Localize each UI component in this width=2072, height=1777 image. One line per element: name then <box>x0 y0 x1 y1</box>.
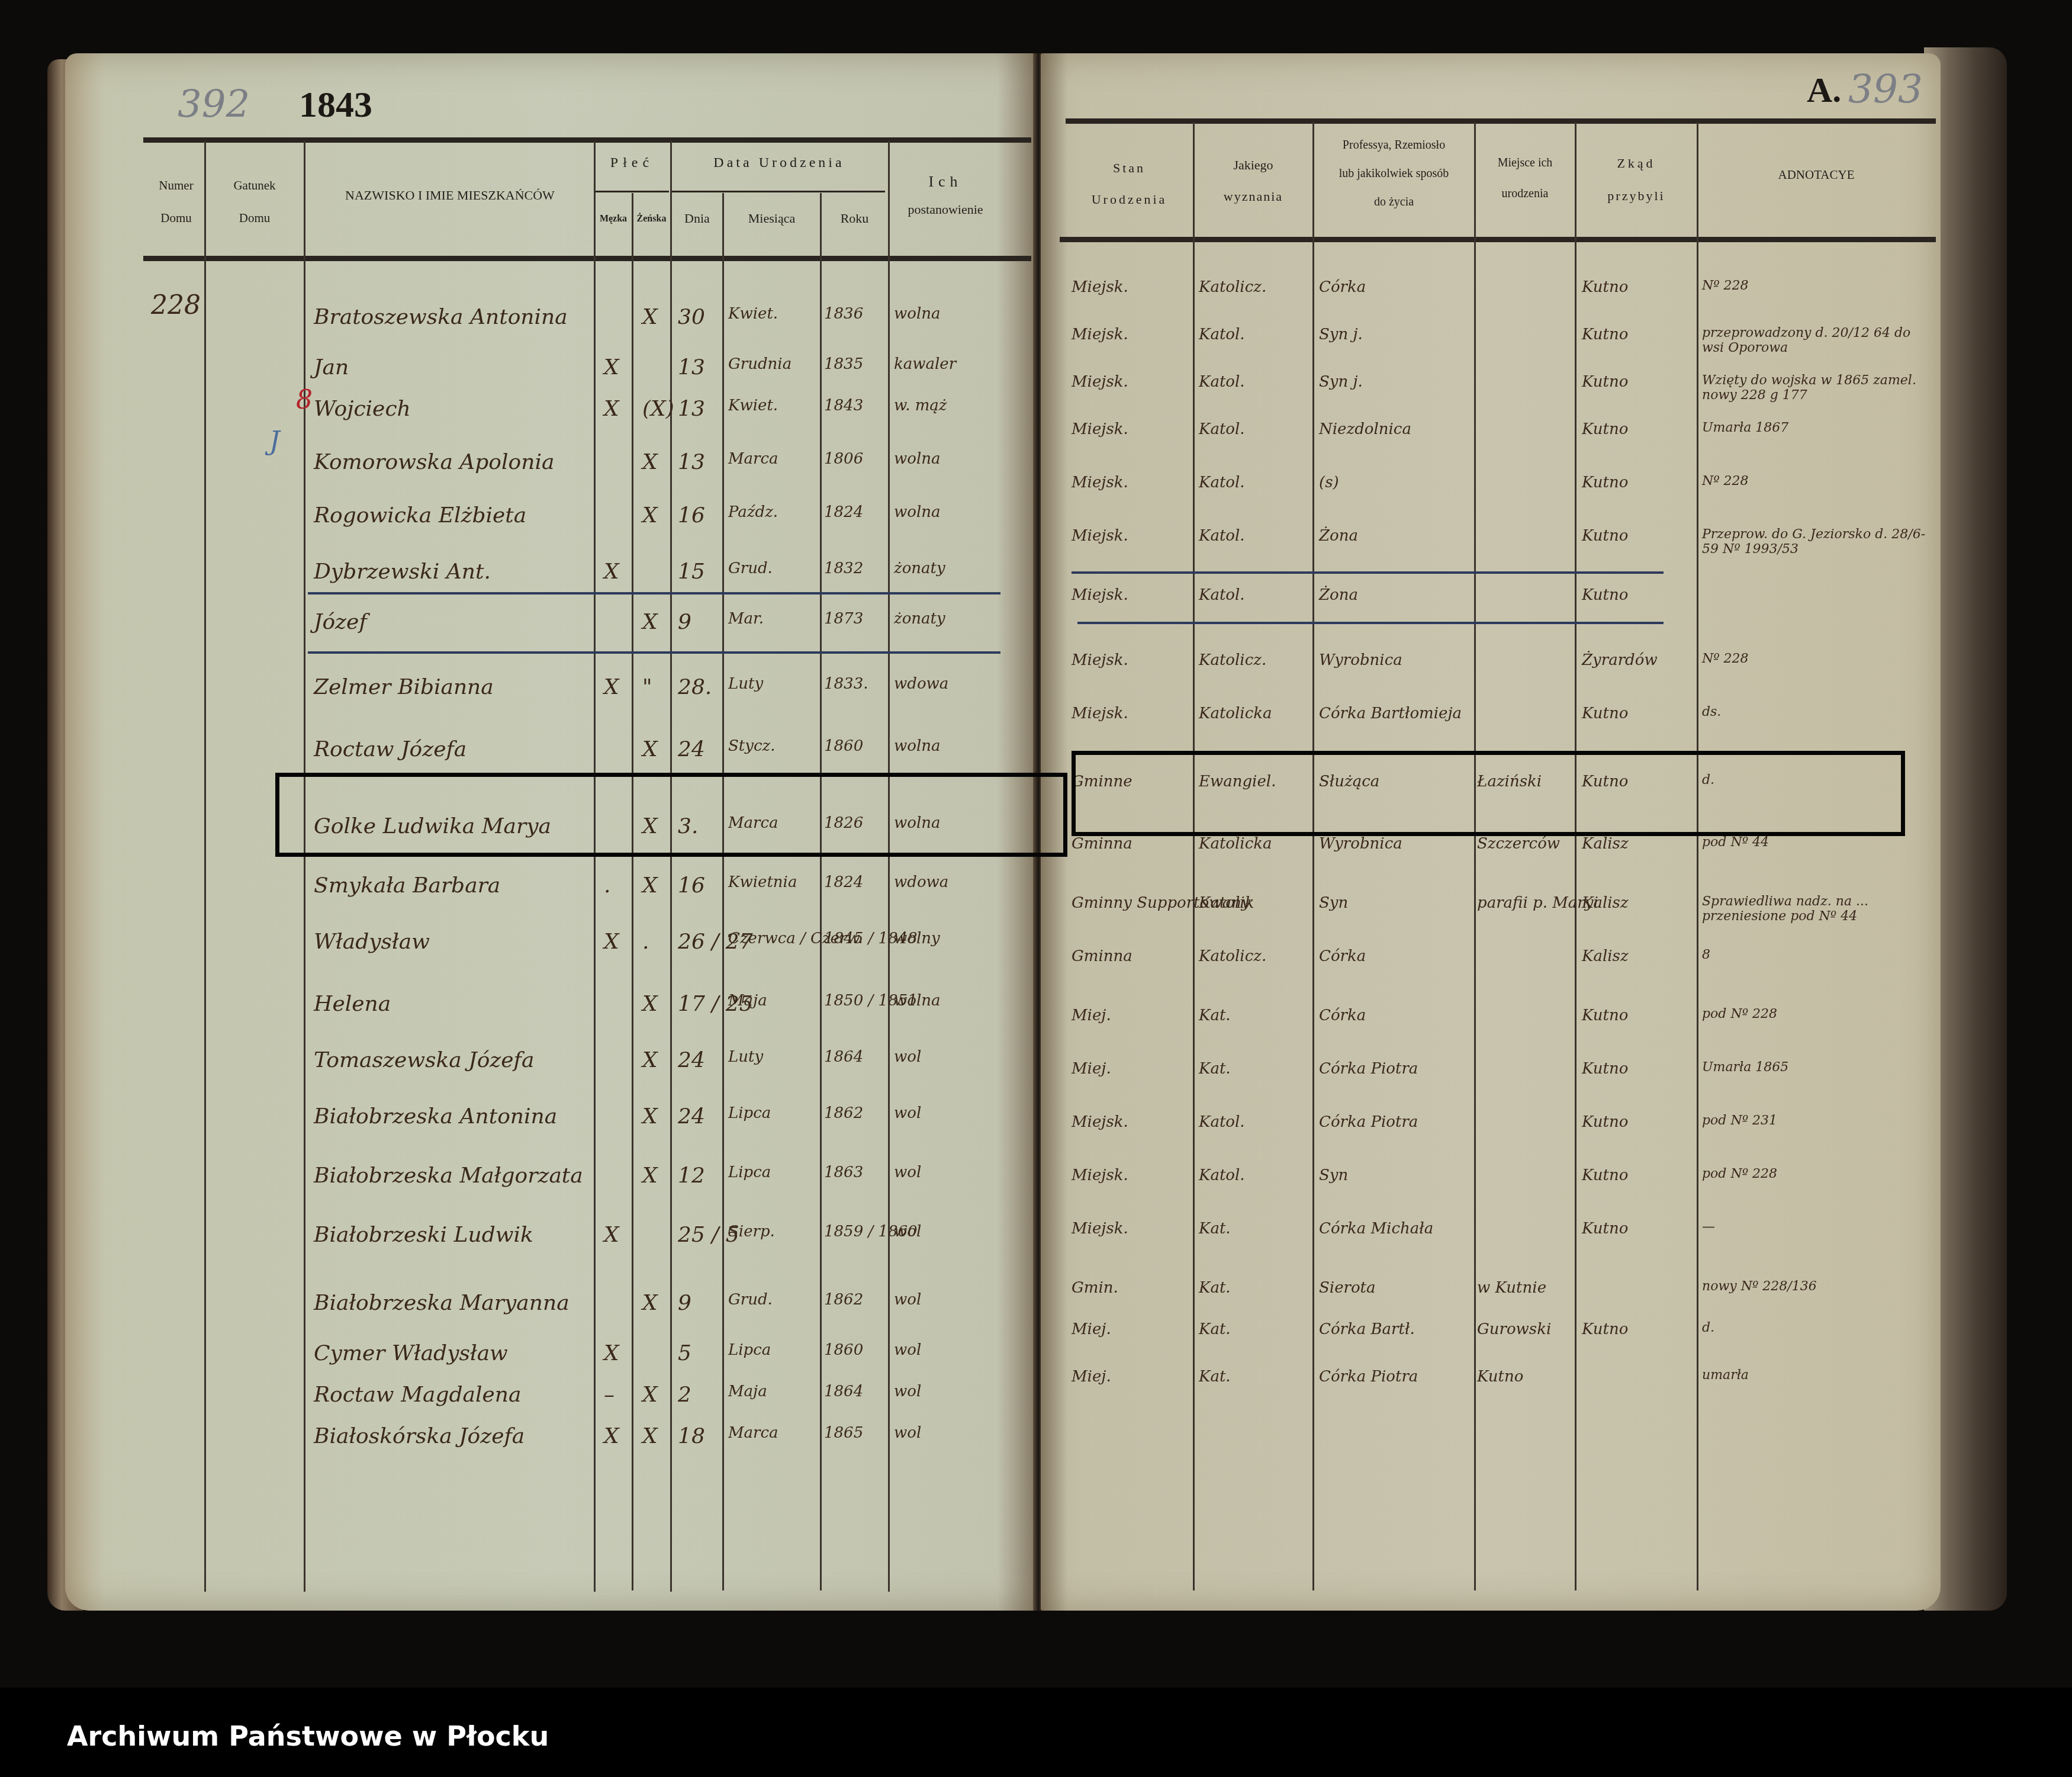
left-row-year: 1860 <box>824 737 863 755</box>
left-row-year: 1832 <box>824 560 863 577</box>
left-row-female: (X) <box>642 397 674 421</box>
header-line: lub jakikolwiek sposób <box>1314 166 1474 181</box>
header-line: Jakiego <box>1194 157 1312 174</box>
right-page-pencil-number: 393 <box>1848 66 1923 112</box>
right-row-adnotacja: Nº 228 <box>1702 474 1933 489</box>
header-plec: Płeć <box>595 154 669 172</box>
right-row-adnotacja: Wzięty do wojska w 1865 zamel. nowy 228 … <box>1702 373 1933 403</box>
page-letter: A. <box>1807 70 1841 111</box>
right-row-zkad: Kutno <box>1582 1007 1628 1024</box>
left-row-month: Mar. <box>728 610 764 628</box>
left-row-status: wol <box>894 1104 921 1122</box>
left-row-month: Kwietnia <box>728 873 797 891</box>
strike-line <box>1072 571 1664 574</box>
right-row-miejsce: w Kutnie <box>1477 1279 1546 1297</box>
left-header-top-rule <box>143 137 1031 143</box>
left-row-female: . <box>642 930 649 954</box>
left-row-male: – <box>604 1383 614 1407</box>
header-line: postanowienie <box>889 201 1002 218</box>
right-row-wyznanie: Kat. <box>1199 1368 1231 1386</box>
left-row-day: 24 <box>678 1104 705 1129</box>
right-row-stan: Gminna <box>1072 835 1132 853</box>
left-row-male: X <box>604 930 619 954</box>
left-row-month: Grudnia <box>728 355 792 373</box>
right-row-miejsce: Gurowski <box>1477 1320 1551 1338</box>
header-line: przybyli <box>1576 188 1697 205</box>
left-row-month: Luty <box>728 675 763 693</box>
left-row-name: Białobrzeska Małgorzata <box>314 1164 583 1188</box>
left-row-female: X <box>642 1164 658 1188</box>
right-row-stan: Miejsk. <box>1072 278 1128 296</box>
left-row-female: X <box>642 1424 658 1448</box>
right-row-adnotacja: umarła <box>1702 1368 1933 1383</box>
left-row-day: 13 <box>678 355 705 380</box>
left-row-status: wdowa <box>894 675 948 693</box>
header-adnotacye: ADNOTACYE <box>1698 167 1935 183</box>
col-divider <box>888 141 890 1592</box>
header-name: NAZWISKO I IMIE MIESZKAŃCÓW <box>305 187 595 204</box>
header-miejsce-urodzenia: Miejsce ich urodzenia <box>1475 155 1575 201</box>
right-row-adnotacja: 8 <box>1702 947 1933 962</box>
left-row-status: w. mąż <box>894 397 947 414</box>
left-row-male: X <box>604 675 619 699</box>
left-row-day: 16 <box>678 503 705 528</box>
left-row-male: X <box>604 355 619 380</box>
left-row-status: wolna <box>894 503 940 521</box>
right-row-adnotacja: pod Nº 228 <box>1702 1167 1933 1181</box>
left-row-status: wol <box>894 1424 921 1442</box>
col-divider <box>670 141 672 1592</box>
header-line: Numer <box>148 178 204 194</box>
left-row-female: X <box>642 610 658 634</box>
left-header-bottom-rule <box>143 256 1031 261</box>
left-row-day: 16 <box>678 873 705 898</box>
left-row-day: 5 <box>678 1341 691 1365</box>
right-row-zkad: Kalisz <box>1582 947 1629 965</box>
col-divider <box>820 193 822 1590</box>
left-row-status: wol <box>894 1383 921 1400</box>
right-row-profesja: Córka <box>1319 278 1366 296</box>
col-divider <box>1697 122 1698 1590</box>
right-row-zkad: Kutno <box>1582 420 1628 438</box>
right-row-wyznanie: Katolik <box>1199 894 1254 912</box>
left-row-female: X <box>642 1104 658 1129</box>
left-row-year: 1843 <box>824 397 863 414</box>
left-row-status: wolna <box>894 450 940 468</box>
archive-caption: Archiwum Państwowe w Płocku <box>67 1720 549 1752</box>
right-row-wyznanie: Katolicz. <box>1199 651 1266 669</box>
left-row-status: wolna <box>894 992 940 1010</box>
right-row-adnotacja: Sprawiedliwa nadz. na ... przeniesione p… <box>1702 894 1933 924</box>
left-row-day: 24 <box>678 1048 705 1072</box>
right-row-profesja: Syn j. <box>1319 373 1363 391</box>
right-row-profesja: Córka Bartł. <box>1319 1320 1415 1338</box>
left-row-day: 28. <box>678 675 712 699</box>
left-row-year: 1864 <box>824 1383 863 1400</box>
left-row-year: 1824 <box>824 503 863 521</box>
left-row-name: Wojciech <box>314 397 411 421</box>
header-zkad-przybyli: Zkąd przybyli <box>1576 155 1697 204</box>
left-row-day: 12 <box>678 1164 705 1188</box>
left-row-status: wol <box>894 1291 921 1309</box>
left-row-day: 30 <box>678 305 705 329</box>
right-row-stan: Miej. <box>1072 1368 1111 1386</box>
left-row-year: 1833. <box>824 675 868 693</box>
right-row-wyznanie: Katol. <box>1199 1167 1245 1184</box>
right-row-adnotacja: Nº 228 <box>1702 651 1933 666</box>
strike-line <box>1077 622 1664 624</box>
left-row-male: X <box>604 397 619 421</box>
header-line: Stan <box>1066 160 1193 177</box>
left-row-day: 9 <box>678 1291 691 1315</box>
right-row-stan: Miejsk. <box>1072 326 1128 343</box>
left-row-day: 24 <box>678 737 705 761</box>
right-row-wyznanie: Katol. <box>1199 373 1245 391</box>
strike-line <box>308 592 1000 595</box>
right-row-zkad: Kutno <box>1582 1220 1628 1238</box>
header-line: Gatunek <box>207 178 302 194</box>
header-postanowienie: Ich postanowienie <box>889 172 1002 218</box>
left-row-month: Luty <box>728 1048 763 1066</box>
right-row-wyznanie: Kat. <box>1199 1007 1231 1024</box>
right-row-wyznanie: Katol. <box>1199 1113 1245 1131</box>
left-row-name: Rogowicka Elżbieta <box>314 503 526 528</box>
left-row-name: Władysław <box>314 930 430 954</box>
header-miesiaca: Miesiąca <box>723 210 820 227</box>
right-row-miejsce: Kutno <box>1477 1368 1523 1386</box>
col-divider <box>1312 122 1314 1590</box>
right-row-profesja: Niezdolnica <box>1319 420 1411 438</box>
right-row-zkad: Żyrardów <box>1582 651 1658 669</box>
col-divider <box>204 141 206 1592</box>
left-row-female: X <box>642 1048 658 1072</box>
right-row-stan: Miejsk. <box>1072 1167 1128 1184</box>
right-row-wyznanie: Katolicka <box>1199 835 1272 853</box>
right-row-wyznanie: Kat. <box>1199 1060 1231 1078</box>
col-divider <box>632 193 633 1590</box>
right-row-adnotacja: d. <box>1702 1320 1933 1335</box>
right-row-adnotacja: — <box>1702 1220 1933 1235</box>
left-row-female: X <box>642 737 658 761</box>
col-divider <box>1474 122 1476 1590</box>
right-row-zkad: Kalisz <box>1582 835 1629 853</box>
left-row-status: żonaty <box>894 610 945 628</box>
left-row-male: X <box>604 1424 619 1448</box>
right-row-zkad: Kutno <box>1582 474 1628 491</box>
left-row-name: Tomaszewska Józefa <box>314 1048 534 1072</box>
left-row-day: 18 <box>678 1424 705 1448</box>
right-row-zkad: Kutno <box>1582 373 1628 391</box>
header-line: Ich <box>889 172 1002 192</box>
right-row-zkad: Kutno <box>1582 527 1628 545</box>
right-row-miejsce: Szczerców <box>1477 835 1560 853</box>
left-row-month: Stycz. <box>728 737 775 755</box>
right-row-stan: Miejsk. <box>1072 527 1128 545</box>
right-row-profesja: Córka Piotra <box>1319 1060 1418 1078</box>
right-row-stan: Gmin. <box>1072 1279 1118 1297</box>
right-row-zkad: Kutno <box>1582 705 1628 722</box>
header-gatunek-domu: Gatunek Domu <box>207 178 302 227</box>
col-divider <box>594 141 596 1592</box>
right-row-profesja: Żona <box>1319 527 1358 545</box>
right-row-wyznanie: Katol. <box>1199 474 1245 491</box>
header-line: do życia <box>1314 194 1474 210</box>
left-row-month: Maja <box>728 1383 767 1400</box>
left-row-status: wol <box>894 1164 921 1181</box>
left-row-status: wol <box>894 1048 921 1066</box>
right-row-profesja: Córka Michała <box>1319 1220 1433 1238</box>
right-header-top-rule <box>1066 118 1936 124</box>
left-row-month: Lipca <box>728 1104 771 1122</box>
left-row-year: 1824 <box>824 873 863 891</box>
col-divider <box>1575 122 1576 1590</box>
header-line: Urodzenia <box>1066 191 1193 208</box>
right-row-adnotacja: pod Nº 44 <box>1702 835 1933 850</box>
right-row-stan: Miejsk. <box>1072 373 1128 391</box>
left-row-female: X <box>642 305 658 329</box>
right-row-stan: Miejsk. <box>1072 420 1128 438</box>
left-row-year: 1864 <box>824 1048 863 1066</box>
left-row-status: wdowa <box>894 873 948 891</box>
left-row-status: wolna <box>894 305 940 323</box>
highlight-box-right-record[interactable] <box>1072 751 1905 836</box>
left-row-female: X <box>642 1383 658 1407</box>
left-row-month: Grud. <box>728 560 773 577</box>
left-row-month: Kwiet. <box>728 305 778 323</box>
left-row-year: 1865 <box>824 1424 863 1442</box>
left-row-month: Grud. <box>728 1291 773 1309</box>
right-row-adnotacja: Przeprow. do G. Jeziorsko d. 28/6-59 Nº … <box>1702 527 1933 557</box>
right-row-zkad: Kutno <box>1582 586 1628 604</box>
header-jakiego-wyznania: Jakiego wyznania <box>1194 157 1312 205</box>
left-row-status: żonaty <box>894 560 945 577</box>
header-profesja: Professya, Rzemiosło lub jakikolwiek spo… <box>1314 137 1474 210</box>
right-row-wyznanie: Katol. <box>1199 527 1245 545</box>
left-row-day: 13 <box>678 397 705 421</box>
left-row-female: X <box>642 873 658 898</box>
register-year: 1843 <box>299 84 372 126</box>
right-row-adnotacja: pod Nº 228 <box>1702 1007 1933 1021</box>
left-row-day: 15 <box>678 560 705 584</box>
left-row-female: X <box>642 992 658 1016</box>
right-row-zkad: Kutno <box>1582 278 1628 296</box>
header-line: Domu <box>207 210 302 226</box>
left-row-name: Jan <box>314 355 349 380</box>
left-row-month: Paźdz. <box>728 503 778 521</box>
plec-subrule <box>595 191 669 192</box>
col-divider <box>1193 122 1195 1590</box>
header-line: Miejsce ich <box>1475 155 1575 171</box>
left-row-name: Roctaw Józefa <box>314 737 466 761</box>
header-line: urodzenia <box>1475 186 1575 201</box>
right-row-wyznanie: Katol. <box>1199 326 1245 343</box>
right-row-profesja: Córka <box>1319 1007 1366 1024</box>
left-row-month: Marca <box>728 1424 778 1442</box>
header-line: Zkąd <box>1576 155 1697 172</box>
left-row-status: wolna <box>894 737 940 755</box>
left-row-name: Józef <box>314 610 367 634</box>
left-row-name: Cymer Władysław <box>314 1341 508 1365</box>
right-row-adnotacja: Nº 228 <box>1702 278 1933 293</box>
right-row-zkad: Kutno <box>1582 1060 1628 1078</box>
right-row-adnotacja: Umarła 1865 <box>1702 1060 1933 1075</box>
right-row-stan: Miejsk. <box>1072 705 1128 722</box>
left-row-female: " <box>642 675 652 699</box>
right-row-zkad: Kutno <box>1582 326 1628 343</box>
right-row-stan: Gminna <box>1072 947 1132 965</box>
right-row-profesja: Córka <box>1319 947 1366 965</box>
left-row-day: 2 <box>678 1383 691 1407</box>
right-row-profesja: Córka Bartłomieja <box>1319 705 1462 722</box>
left-row-month: Sierp. <box>728 1223 775 1241</box>
left-row-male: X <box>604 1223 619 1247</box>
left-row-month: Lipca <box>728 1341 771 1359</box>
right-row-wyznanie: Katol. <box>1199 586 1245 604</box>
left-row-female: X <box>642 450 658 474</box>
right-row-wyznanie: Katolicz. <box>1199 278 1266 296</box>
strike-line <box>308 651 1000 654</box>
right-row-profesja: Żona <box>1319 586 1358 604</box>
right-row-profesja: Córka Piotra <box>1319 1113 1418 1131</box>
right-row-profesja: Wyrobnica <box>1319 651 1402 669</box>
left-row-status: wol <box>894 1223 921 1241</box>
left-row-month: Kwiet. <box>728 397 778 414</box>
left-row-name: Smykała Barbara <box>314 873 500 898</box>
right-row-wyznanie: Kat. <box>1199 1279 1231 1297</box>
right-row-wyznanie: Katolicka <box>1199 705 1272 722</box>
left-row-male: . <box>604 873 610 898</box>
right-row-profesja: Córka Piotra <box>1319 1368 1418 1386</box>
right-row-profesja: Syn <box>1319 1167 1348 1184</box>
left-row-name: Zelmer Bibianna <box>314 675 494 699</box>
left-row-year: 1835 <box>824 355 863 373</box>
right-row-zkad: Kutno <box>1582 1167 1628 1184</box>
left-row-name: Dybrzewski Ant. <box>314 560 491 584</box>
right-header-bottom-rule <box>1060 237 1936 242</box>
left-row-male: X <box>604 560 619 584</box>
left-row-year: 1860 <box>824 1341 863 1359</box>
header-line: wyznania <box>1194 188 1312 205</box>
header-line: Professya, Rzemiosło <box>1314 137 1474 153</box>
right-row-adnotacja: pod Nº 231 <box>1702 1113 1933 1128</box>
left-row-name: Bratoszewska Antonina <box>314 305 568 329</box>
right-row-profesja: Wyrobnica <box>1319 835 1402 853</box>
left-row-year: 1862 <box>824 1291 863 1309</box>
right-row-wyznanie: Kat. <box>1199 1220 1231 1238</box>
header-stan-urodzenia: Stan Urodzenia <box>1066 160 1193 208</box>
left-row-year: 1806 <box>824 450 863 468</box>
col-divider <box>722 193 724 1590</box>
right-row-stan: Miej. <box>1072 1320 1111 1338</box>
left-row-male: X <box>604 1341 619 1365</box>
left-row-year: 1862 <box>824 1104 863 1122</box>
left-row-year: 1873 <box>824 610 863 628</box>
left-row-month: Maja <box>728 992 767 1010</box>
right-row-zkad: Kutno <box>1582 1113 1628 1131</box>
right-row-profesja: Syn j. <box>1319 326 1363 343</box>
left-row-status: wolny <box>894 930 940 947</box>
left-row-status: kawaler <box>894 355 956 373</box>
left-row-status: wol <box>894 1341 921 1359</box>
header-numer-domu: Numer Domu <box>148 178 204 227</box>
left-page-pencil-number: 392 <box>178 83 250 127</box>
right-row-wyznanie: Katolicz. <box>1199 947 1266 965</box>
left-row-day: 9 <box>678 610 691 634</box>
right-row-miejsce: parafii p. Maryi <box>1477 894 1598 912</box>
left-row-name: Roctaw Magdalena <box>314 1383 521 1407</box>
right-row-zkad: Kalisz <box>1582 894 1629 912</box>
left-row-name: Białobrzeski Ludwik <box>314 1223 533 1247</box>
left-row-month: Marca <box>728 450 778 468</box>
right-row-profesja: Sierota <box>1319 1279 1376 1297</box>
house-number: 228 <box>151 290 201 320</box>
highlight-box-left-record[interactable] <box>275 773 1067 857</box>
right-row-wyznanie: Katol. <box>1199 420 1245 438</box>
left-row-female: X <box>642 1291 658 1315</box>
left-row-name: Helena <box>314 992 391 1016</box>
right-row-adnotacja: nowy Nº 228/136 <box>1702 1279 1933 1294</box>
margin-blue-mark: J <box>269 426 280 457</box>
left-row-name: Białobrzeska Antonina <box>314 1104 557 1129</box>
right-row-stan: Miejsk. <box>1072 586 1128 604</box>
left-row-name: Białobrzeska Maryanna <box>314 1291 570 1315</box>
left-row-name: Białoskórska Józefa <box>314 1424 525 1448</box>
right-row-profesja: Syn <box>1319 894 1348 912</box>
left-row-month: Lipca <box>728 1164 771 1181</box>
header-zenska: Żeńska <box>633 213 670 226</box>
right-row-stan: Miejsk. <box>1072 1113 1128 1131</box>
right-row-adnotacja: Umarła 1867 <box>1702 420 1933 435</box>
header-mezka: Męzka <box>595 213 632 226</box>
margin-red-mark: 8 <box>296 385 313 415</box>
header-data-urodzenia: Data Urodzenia <box>672 154 886 172</box>
data-subrule <box>672 191 885 192</box>
right-row-adnotacja: przeprowadzony d. 20/12 64 do wsi Oporow… <box>1702 326 1933 355</box>
header-roku: Roku <box>821 210 888 227</box>
col-divider <box>304 141 305 1592</box>
left-row-female: X <box>642 503 658 528</box>
left-row-name: Komorowska Apolonia <box>314 450 554 474</box>
left-row-year: 1863 <box>824 1164 863 1181</box>
right-row-stan: Miejsk. <box>1072 474 1128 491</box>
right-row-adnotacja: ds. <box>1702 705 1933 719</box>
left-row-year: 1836 <box>824 305 863 323</box>
right-row-stan: Miejsk. <box>1072 651 1128 669</box>
right-row-stan: Miej. <box>1072 1007 1111 1024</box>
left-row-day: 13 <box>678 450 705 474</box>
header-dnia: Dnia <box>672 210 722 227</box>
right-row-wyznanie: Kat. <box>1199 1320 1231 1338</box>
right-row-stan: Miejsk. <box>1072 1220 1128 1238</box>
right-row-profesja: (s) <box>1319 474 1339 491</box>
right-row-stan: Miej. <box>1072 1060 1111 1078</box>
right-row-zkad: Kutno <box>1582 1320 1628 1338</box>
header-line: Domu <box>148 210 204 226</box>
